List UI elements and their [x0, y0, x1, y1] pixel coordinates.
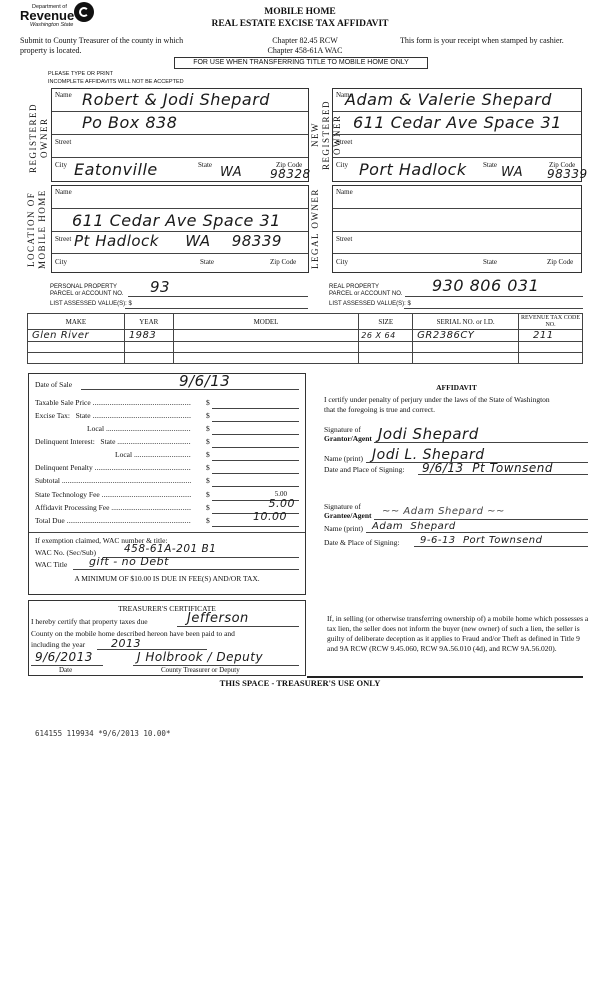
lo-street-label: Street	[336, 235, 352, 243]
loc-address-field[interactable]: 611 Cedar Ave Space 31	[72, 211, 281, 230]
loc-name-label: Name	[55, 188, 72, 196]
no-state-field[interactable]: WA	[501, 165, 523, 180]
lo-city-label: City	[336, 258, 348, 266]
grantee-date-label: Date & Place of Signing:	[324, 538, 399, 547]
personal-parcel-label: PERSONAL PROPERTY PARCEL or ACCOUNT NO.	[50, 284, 124, 298]
tax-code-cell[interactable]: 211	[519, 330, 583, 342]
chapter-wac: Chapter 458-61A WAC	[255, 46, 355, 56]
year-cell[interactable]	[124, 342, 173, 353]
ro-name-label: Name	[55, 91, 72, 99]
wac-no-label: WAC No. (Sec/Sub)	[35, 548, 96, 557]
make-cell[interactable]: Glen River	[28, 330, 125, 342]
loc-state-label: State	[200, 258, 214, 266]
submit-note: Submit to County Treasurer of the county…	[20, 36, 190, 56]
make-cell[interactable]	[28, 353, 125, 364]
usage-banner: FOR USE WHEN TRANSFERRING TITLE TO MOBIL…	[174, 57, 428, 69]
col-model: MODEL	[173, 314, 359, 330]
minimum-note: A MINIMUM OF $10.00 IS DUE IN FEE(S) AND…	[29, 574, 305, 583]
real-parcel-field[interactable]: 930 806 031	[432, 276, 539, 295]
instr-type: PLEASE TYPE OR PRINT	[48, 70, 184, 78]
serial-cell[interactable]: GR2386CY	[413, 330, 519, 342]
affidavit-title: AFFIDAVIT	[324, 383, 589, 392]
date-of-sale-field[interactable]: 9/6/13	[179, 372, 230, 390]
treasurer-line1: I hereby certify that property taxes due	[31, 617, 148, 626]
ro-state-field[interactable]: WA	[220, 165, 242, 180]
treasurer-date-field[interactable]: 9/6/2013	[35, 650, 93, 664]
loc-street-field[interactable]: Pt Hadlock WA 98339	[74, 232, 282, 250]
no-zip-field[interactable]: 98339	[547, 167, 588, 181]
fee-excise-state: Excise Tax: State ......................…	[35, 411, 299, 423]
treasurer-signature[interactable]: J Holbrook / Deputy	[137, 650, 263, 664]
ro-city-field[interactable]: Eatonville	[74, 160, 158, 179]
location-box: Name 611 Cedar Ave Space 31 Street Pt Ha…	[51, 185, 309, 273]
treasurer-use-label: THIS SPACE - TREASURER'S USE ONLY	[0, 678, 600, 688]
fee-excise-local: Local ..................................…	[35, 424, 299, 436]
no-state-label: State	[483, 161, 497, 169]
size-cell[interactable]	[359, 353, 413, 364]
title-line1: MOBILE HOME	[0, 6, 600, 18]
fraud-notice: If, in selling (or otherwise transferrin…	[327, 614, 589, 654]
col-tax-code: REVENUE TAX CODE NO.	[519, 314, 583, 330]
col-make: MAKE	[28, 314, 125, 330]
ro-zip-field[interactable]: 98328	[270, 167, 311, 181]
registered-owner-box: Name Robert & Jodi Shepard Po Box 838 St…	[51, 88, 309, 182]
ro-street-label: Street	[55, 138, 71, 146]
serial-cell[interactable]	[413, 342, 519, 353]
table-row	[28, 342, 583, 353]
serial-cell[interactable]	[413, 353, 519, 364]
model-cell[interactable]	[173, 342, 359, 353]
year-cell[interactable]	[124, 353, 173, 364]
receipt-note: This form is your receipt when stamped b…	[400, 36, 570, 46]
no-city-field[interactable]: Port Hadlock	[359, 160, 467, 179]
chapter-refs: Chapter 82.45 RCW Chapter 458-61A WAC	[255, 36, 355, 56]
form-title: MOBILE HOME REAL ESTATE EXCISE TAX AFFID…	[0, 6, 600, 30]
size-cell[interactable]: 26 X 64	[359, 330, 413, 342]
treasurer-date-label: Date	[59, 666, 72, 674]
personal-parcel-field[interactable]: 93	[150, 278, 170, 296]
grantor-signature[interactable]: Jodi Shepard	[378, 425, 479, 443]
fee-subtotal: Subtotal ...............................…	[35, 476, 299, 488]
instr-incomplete: INCOMPLETE AFFIDAVITS WILL NOT BE ACCEPT…	[48, 78, 184, 86]
new-owner-box: Name Adam & Valerie Shepard 611 Cedar Av…	[332, 88, 582, 182]
grantee-signature[interactable]: ~~ Adam Shepard ~~	[382, 506, 505, 517]
grantor-name-label: Name (print)	[324, 454, 363, 463]
treasurer-title: TREASURER'S CERTIFICATE	[29, 604, 305, 613]
treasurer-signer-label: County Treasurer or Deputy	[161, 666, 240, 674]
treasurer-certificate: TREASURER'S CERTIFICATE I hereby certify…	[28, 600, 306, 676]
loc-street-label: Street	[55, 235, 71, 243]
no-name-field[interactable]: Adam & Valerie Shepard	[345, 90, 552, 109]
wac-title-field[interactable]: gift - no Debt	[89, 555, 169, 568]
col-size: SIZE	[359, 314, 413, 330]
model-cell[interactable]	[173, 330, 359, 342]
loc-zip-label: Zip Code	[270, 258, 296, 266]
wac-no-field[interactable]: 458-61A-201 B1	[124, 543, 216, 555]
col-serial: SERIAL NO. or I.D.	[413, 314, 519, 330]
ro-address-field[interactable]: Po Box 838	[82, 113, 177, 132]
fee-delinquent-state: Delinquent Interest: State .............…	[35, 437, 299, 449]
treasurer-line3: including the year	[31, 640, 85, 649]
size-cell[interactable]	[359, 342, 413, 353]
lo-state-label: State	[483, 258, 497, 266]
grantee-sig-label: Signature of Grantee/Agent	[324, 502, 372, 520]
lo-zip-label: Zip Code	[547, 258, 573, 266]
no-street-label: Street	[336, 138, 352, 146]
table-row: Glen River 1983 26 X 64 GR2386CY 211	[28, 330, 583, 342]
model-cell[interactable]	[173, 353, 359, 364]
grantee-name-label: Name (print)	[324, 524, 363, 533]
wac-title-label: WAC Title	[35, 560, 67, 569]
make-cell[interactable]	[28, 342, 125, 353]
treasurer-county-field[interactable]: Jefferson	[187, 611, 249, 626]
legal-owner-box: Name Street City State Zip Code	[332, 185, 582, 273]
chapter-rcw: Chapter 82.45 RCW	[255, 36, 355, 46]
no-city-label: City	[336, 161, 348, 169]
grantee-date-field[interactable]: 9-6-13 Port Townsend	[420, 535, 542, 546]
col-year: YEAR	[124, 314, 173, 330]
date-of-sale-label: Date of Sale	[35, 380, 72, 389]
real-parcel-label: REAL PROPERTY PARCEL or ACCOUNT NO.	[329, 284, 403, 298]
instructions: PLEASE TYPE OR PRINT INCOMPLETE AFFIDAVI…	[48, 70, 184, 86]
grantor-date-label: Date and Place of Signing:	[324, 465, 404, 474]
fee-delinquent-penalty: Delinquent Penalty .....................…	[35, 463, 299, 475]
table-row	[28, 353, 583, 364]
grantor-date-field[interactable]: 9/6/13 Pt Townsend	[422, 461, 553, 475]
affidavit-section: AFFIDAVIT I certify under penalty of per…	[324, 383, 589, 593]
no-address-field[interactable]: 611 Cedar Ave Space 31	[353, 113, 562, 132]
cashier-stamp: 614155 119934 *9/6/2013 10.00*	[35, 729, 170, 738]
lo-name-label: Name	[336, 188, 353, 196]
fee-total-due: Total Due ..............................…	[35, 516, 299, 528]
ro-state-label: State	[198, 161, 212, 169]
affidavit-certify: I certify under penalty of perjury under…	[324, 395, 554, 415]
grantor-sig-label: Signature of Grantor/Agent	[324, 425, 372, 443]
real-assessed-label: LIST ASSESSED VALUE(S): $	[329, 301, 411, 307]
fee-delinquent-local: Local ..................................…	[35, 450, 299, 462]
tax-code-cell[interactable]	[519, 342, 583, 353]
fees-box: Date of Sale 9/6/13 Taxable Sale Price .…	[28, 373, 306, 595]
grantee-name-field[interactable]: Adam Shepard	[372, 521, 456, 532]
fee-state-technology: State Technology Fee ...................…	[35, 490, 299, 502]
ro-city-label: City	[55, 161, 67, 169]
tax-code-cell[interactable]	[519, 353, 583, 364]
title-line2: REAL ESTATE EXCISE TAX AFFIDAVIT	[0, 18, 600, 30]
treasurer-year-field[interactable]: 2013	[111, 637, 141, 650]
ro-name-field[interactable]: Robert & Jodi Shepard	[82, 90, 270, 109]
mobile-home-table: MAKE YEAR MODEL SIZE SERIAL NO. or I.D. …	[27, 313, 583, 364]
fee-taxable-sale-price: Taxable Sale Price .....................…	[35, 398, 299, 410]
personal-assessed-label: LIST ASSESSED VALUE(S): $	[50, 301, 132, 307]
year-cell[interactable]: 1983	[124, 330, 173, 342]
loc-city-label: City	[55, 258, 67, 266]
